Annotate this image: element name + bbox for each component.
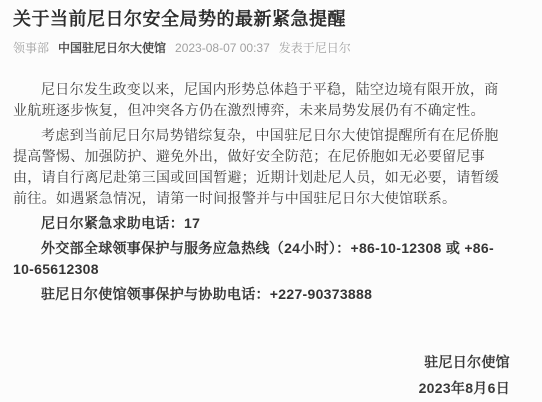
article-meta: 领事部 中国驻尼日尔大使馆 2023-08-07 00:37 发表于尼日尔 — [13, 40, 510, 56]
paragraph-situation-overview: 尼日尔发生政变以来，尼国内形势总体趋于平稳，陆空边境有限开放，商业航班逐步恢复，… — [13, 79, 510, 121]
signature-author: 驻尼日尔使馆 — [13, 349, 510, 375]
paragraph-safety-advice: 考虑到当前尼日尔局势错综复杂，中国驻尼日尔大使馆提醒所有在尼侨胞提高警惕、加强防… — [13, 125, 510, 209]
niger-emergency-phone-line: 尼日尔紧急求助电话：17 — [13, 213, 510, 234]
article-body: 尼日尔发生政变以来，尼国内形势总体趋于平稳，陆空边境有限开放，商业航班逐步恢复，… — [13, 79, 510, 305]
author-department: 领事部 — [13, 40, 49, 56]
mfa-consular-hotline-line: 外交部全球领事保护与服务应急热线（24小时）：+86-10-12308 或 +8… — [13, 238, 510, 280]
publish-location: 发表于尼日尔 — [279, 40, 351, 56]
embassy-consular-phone-line: 驻尼日尔使馆领事保护与协助电话：+227-90373888 — [13, 284, 510, 305]
signature-block: 驻尼日尔使馆 2023年8月6日 — [13, 349, 510, 401]
signature-date: 2023年8月6日 — [13, 375, 510, 401]
article-title: 关于当前尼日尔安全局势的最新紧急提醒 — [13, 7, 510, 31]
official-account-link[interactable]: 中国驻尼日尔大使馆 — [58, 40, 166, 56]
publish-datetime: 2023-08-07 00:37 — [175, 40, 270, 56]
article-page: 关于当前尼日尔安全局势的最新紧急提醒 领事部 中国驻尼日尔大使馆 2023-08… — [0, 0, 542, 402]
